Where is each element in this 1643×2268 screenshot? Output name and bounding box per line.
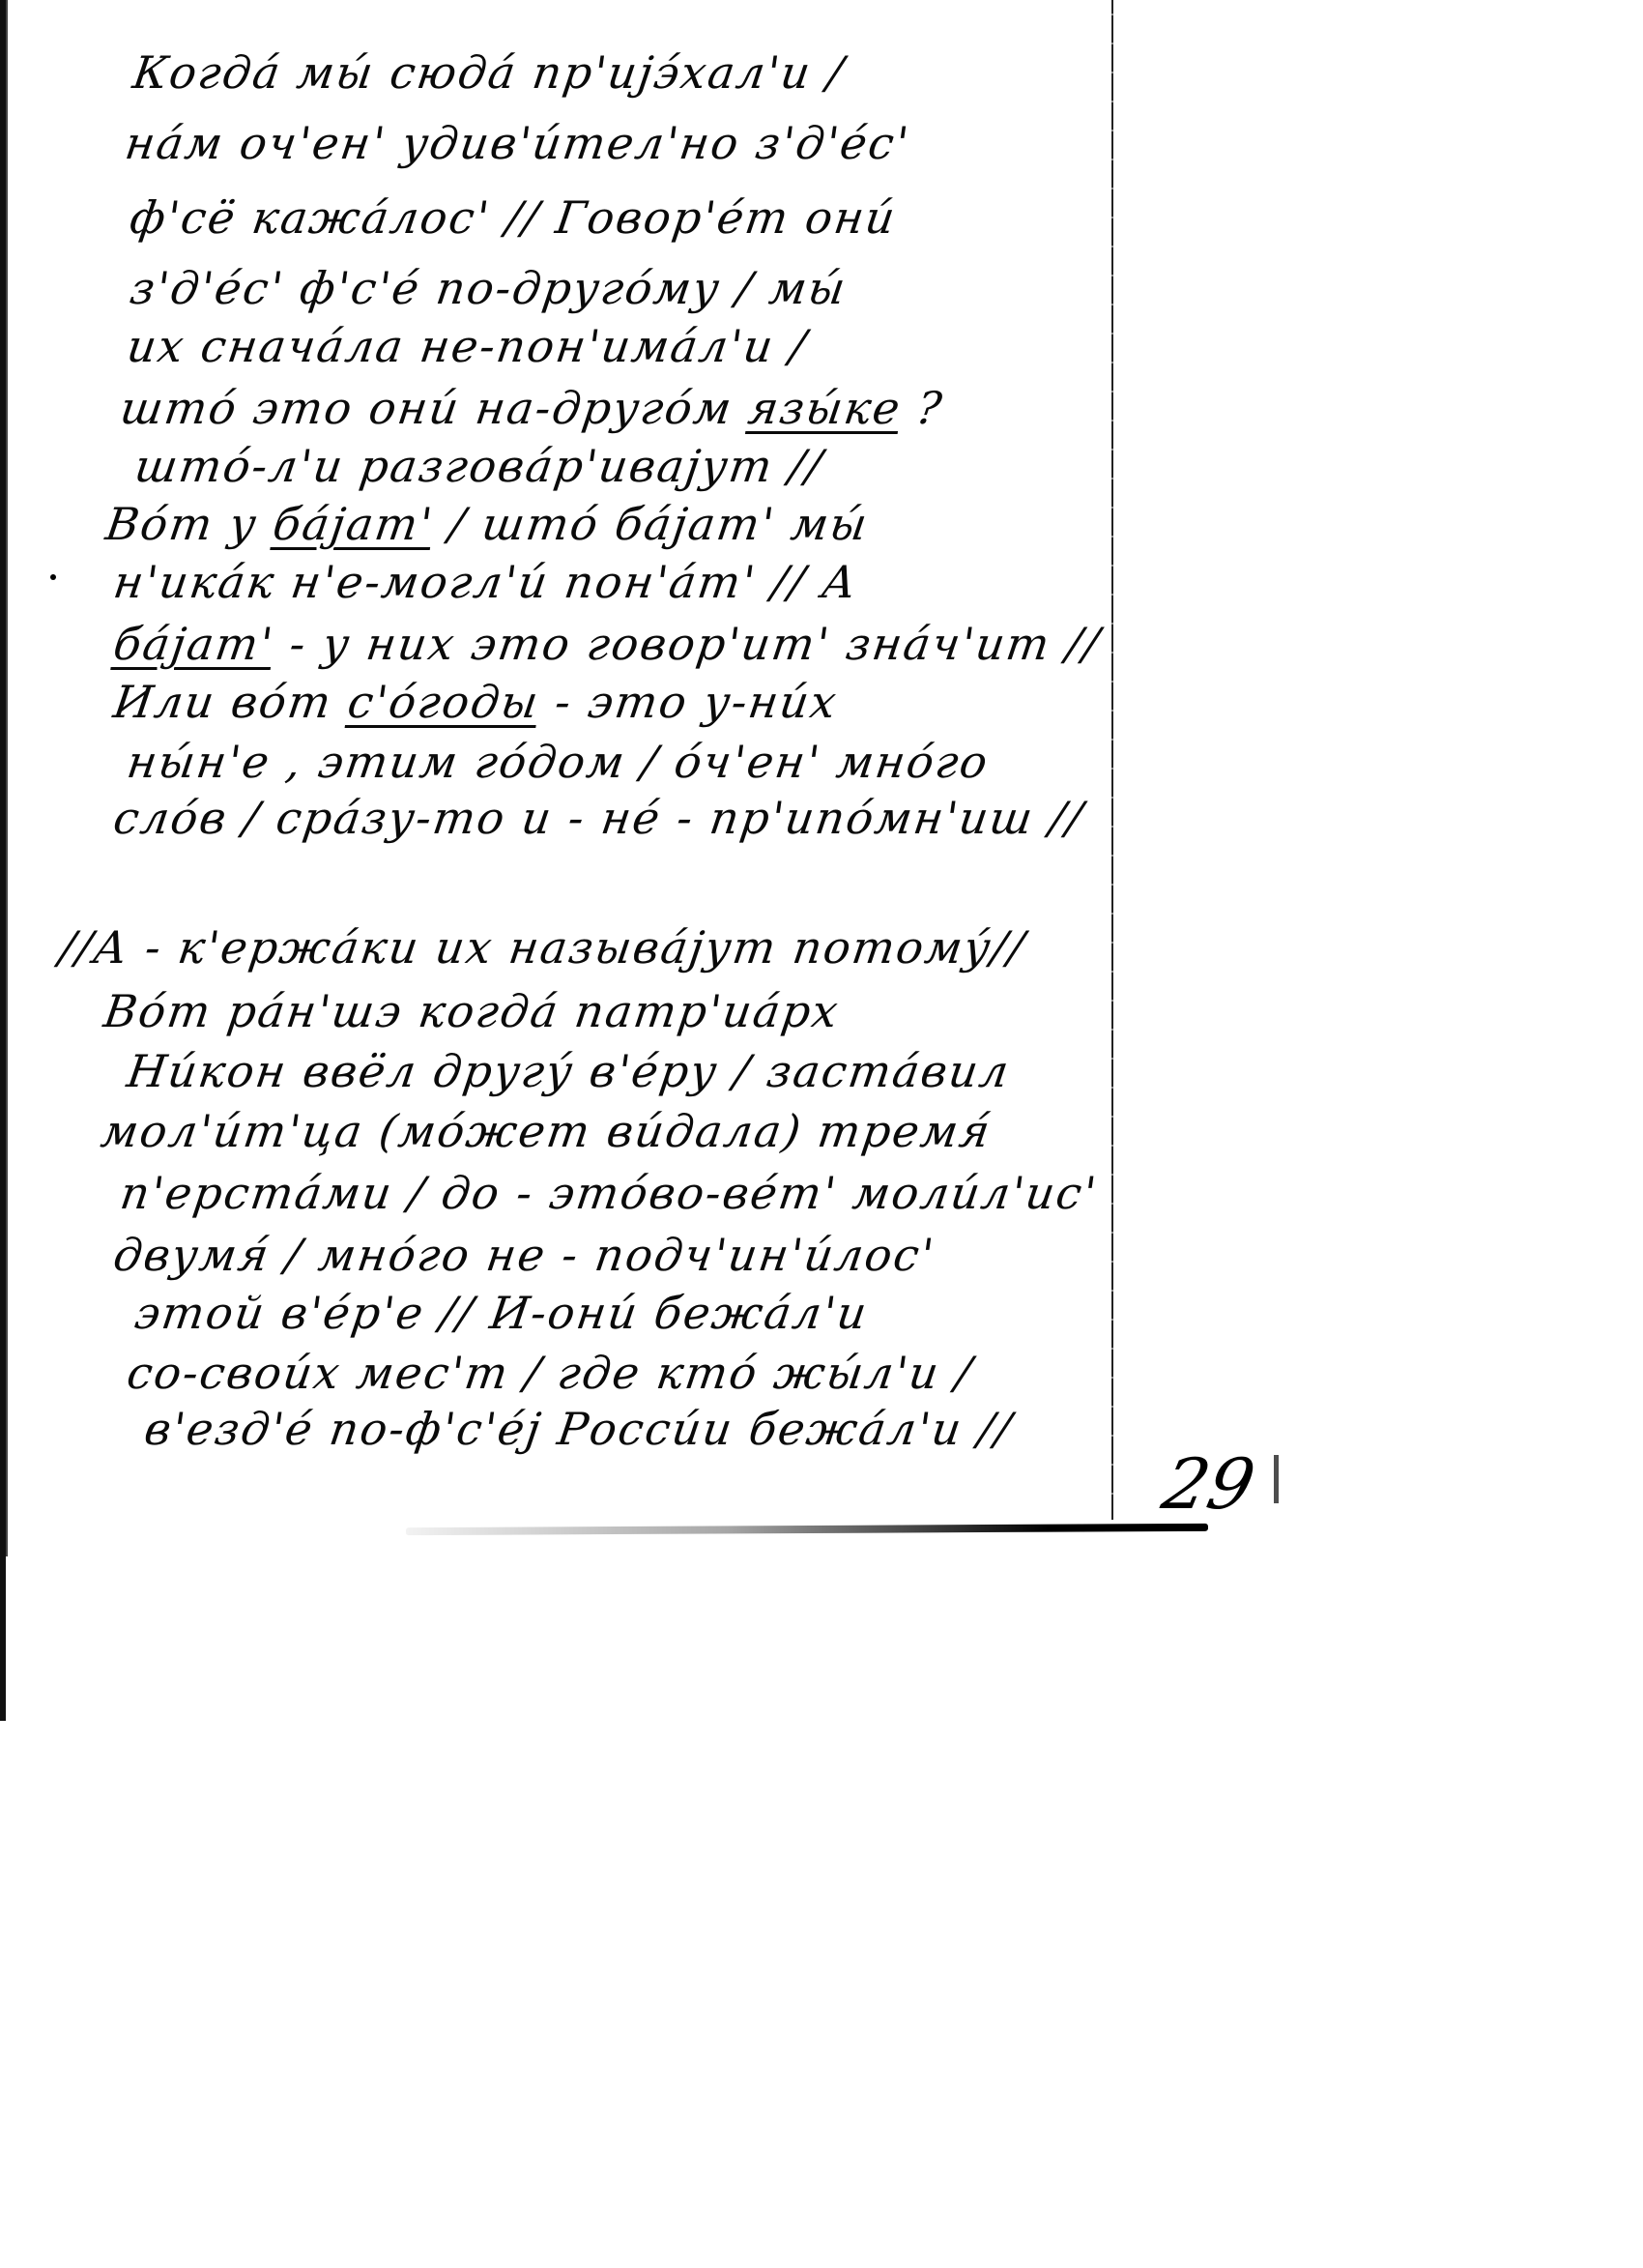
text-line: со-свои́х мес'т / где кто́ жы́л'и / [124,1344,977,1402]
scanned-page: Когда́ мы́ сюда́ пр'иjэ́хал'и / на́м оч'… [0,0,1643,2268]
text-line: этой в'е́р'е // И-они́ бежа́л'и [131,1284,872,1342]
text-line: н'ика́к н'е-могл'и́ пон'а́т' // А [110,553,862,611]
page-left-border-inner [6,0,8,1556]
text-line: их снача́ла не-пон'има́л'и / [124,317,812,375]
underlined-word: ба́jат' [270,498,437,550]
text-line: што́ это они́ на-друго́м язы́ке ? [117,379,947,437]
text-line: Во́т у ба́jат' / што́ ба́jат' мы́ [102,495,873,553]
scan-bottom-edge [406,1524,1208,1535]
margin-line [1111,0,1113,1520]
underlined-word: с'о́годы [345,676,543,728]
text-line: Или во́т с'о́годы - это у-ни́х [110,673,842,731]
text-line: ф'сё кажа́лос' // Говор'е́т они́ [127,189,901,247]
text-line: сло́в / сра́зу-то и - не́ - пр'ипо́мн'иш… [110,789,1088,847]
text-line: з'д'е́с' ф'с'е́ по-друго́му / мы́ [127,259,850,317]
text-line: Ни́кон ввёл другу́ в'е́ру / заста́вил [124,1042,1014,1100]
text-line: што́-л'и разгова́р'иваjут // [131,437,827,495]
text-line: Когда́ мы́ сюда́ пр'иjэ́хал'и / [130,44,849,102]
scan-artifact [1274,1455,1279,1503]
text-line: //А - к'ержа́ки их называ́jут потому́// [56,918,1030,976]
underlined-word: язы́ке [745,382,905,434]
text-line: на́м оч'ен' удив'и́тел'но з'д'е́с' [122,114,914,172]
text-line: двумя́ / мно́го не - подч'ин'и́лос' [110,1226,939,1284]
text-line: Во́т ра́н'шэ когда́ патр'иа́рх [101,982,844,1040]
margin-dot [50,574,56,580]
text-line: мол'и́т'ца (мо́жет ви́дала) тремя́ [98,1102,995,1160]
page-number: 29 [1156,1445,1261,1523]
text-line: в'езд'е́ по-ф'с'е́j Росси́и бежа́л'и // [141,1400,1017,1458]
underlined-word: ба́jат' [110,618,277,670]
text-line: ба́jат' - у них это говор'ит' зна́ч'ит /… [110,615,1105,673]
text-line: п'ерста́ми / до - это́во-ве́т' моли́л'ис… [117,1164,1102,1222]
text-line: ны́н'е , этим го́дом / о́ч'ен' мно́го [124,733,993,791]
